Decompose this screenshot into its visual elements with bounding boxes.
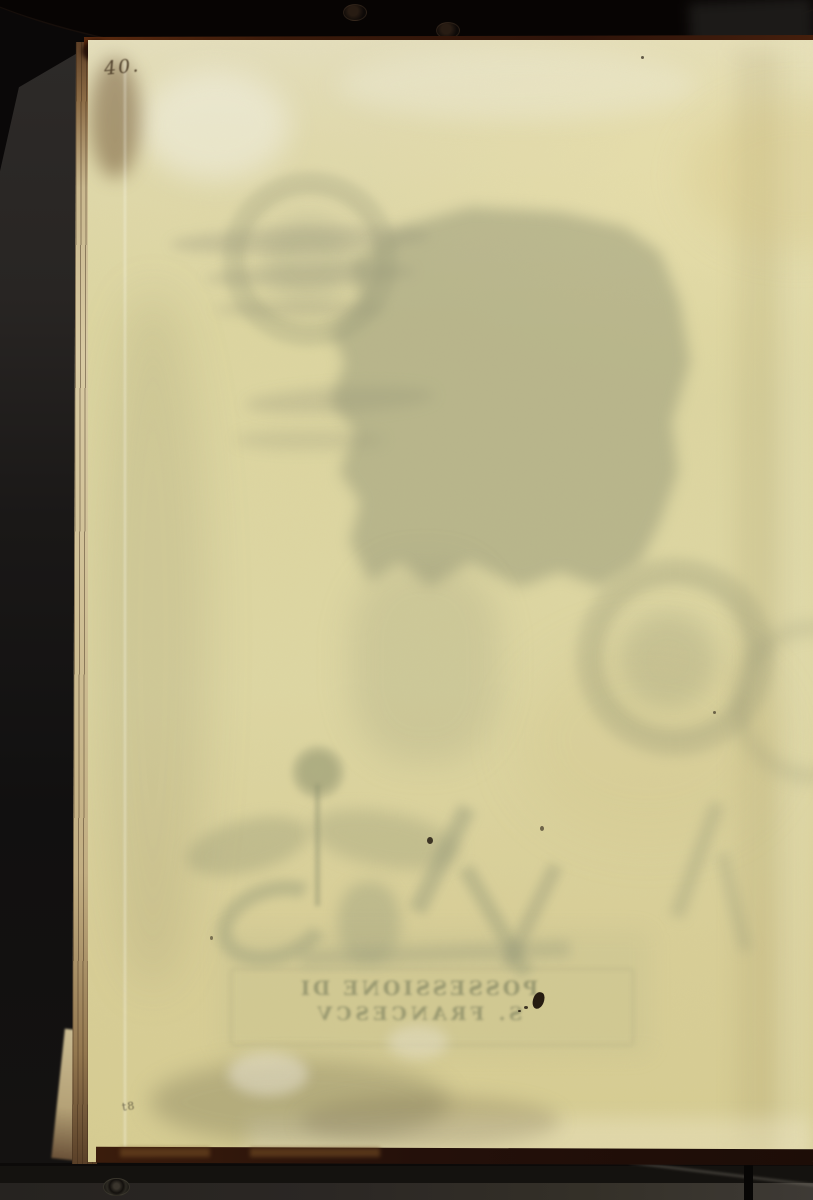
- ghost-stamp-text: POSSESSIONE DI S. FRANCESCV: [208, 976, 628, 1025]
- bottom-stain: [300, 1095, 560, 1147]
- ink-speck: [540, 826, 544, 831]
- salt-sheen: [388, 1025, 448, 1059]
- ink-speck: [713, 711, 716, 714]
- ink-speck: [427, 837, 433, 844]
- ghost-column-below: [350, 562, 500, 762]
- ghost-stamp-line1: POSSESSIONE DI: [208, 976, 628, 1000]
- photo-scene: POSSESSIONE DI S. FRANCESCV 40. t8: [0, 0, 813, 1200]
- screw-head-icon: [103, 1178, 130, 1196]
- ink-speck: [518, 1010, 521, 1012]
- vellum-page: POSSESSIONE DI S. FRANCESCV 40. t8: [88, 40, 813, 1162]
- bottom-corner-mark: t8: [121, 1099, 136, 1114]
- salt-sheen: [228, 1052, 308, 1096]
- page-bottom-edge-highlight: [250, 1148, 380, 1157]
- rig-bolt-icon: [343, 4, 367, 21]
- ink-speck: [524, 1006, 528, 1009]
- ink-speck: [641, 56, 644, 59]
- page-bottom-edge-highlight: [120, 1148, 210, 1157]
- ink-speck: [210, 936, 213, 940]
- ghost-stamp-line2: S. FRANCESCV: [208, 1003, 628, 1025]
- folio-number: 40.: [103, 54, 141, 80]
